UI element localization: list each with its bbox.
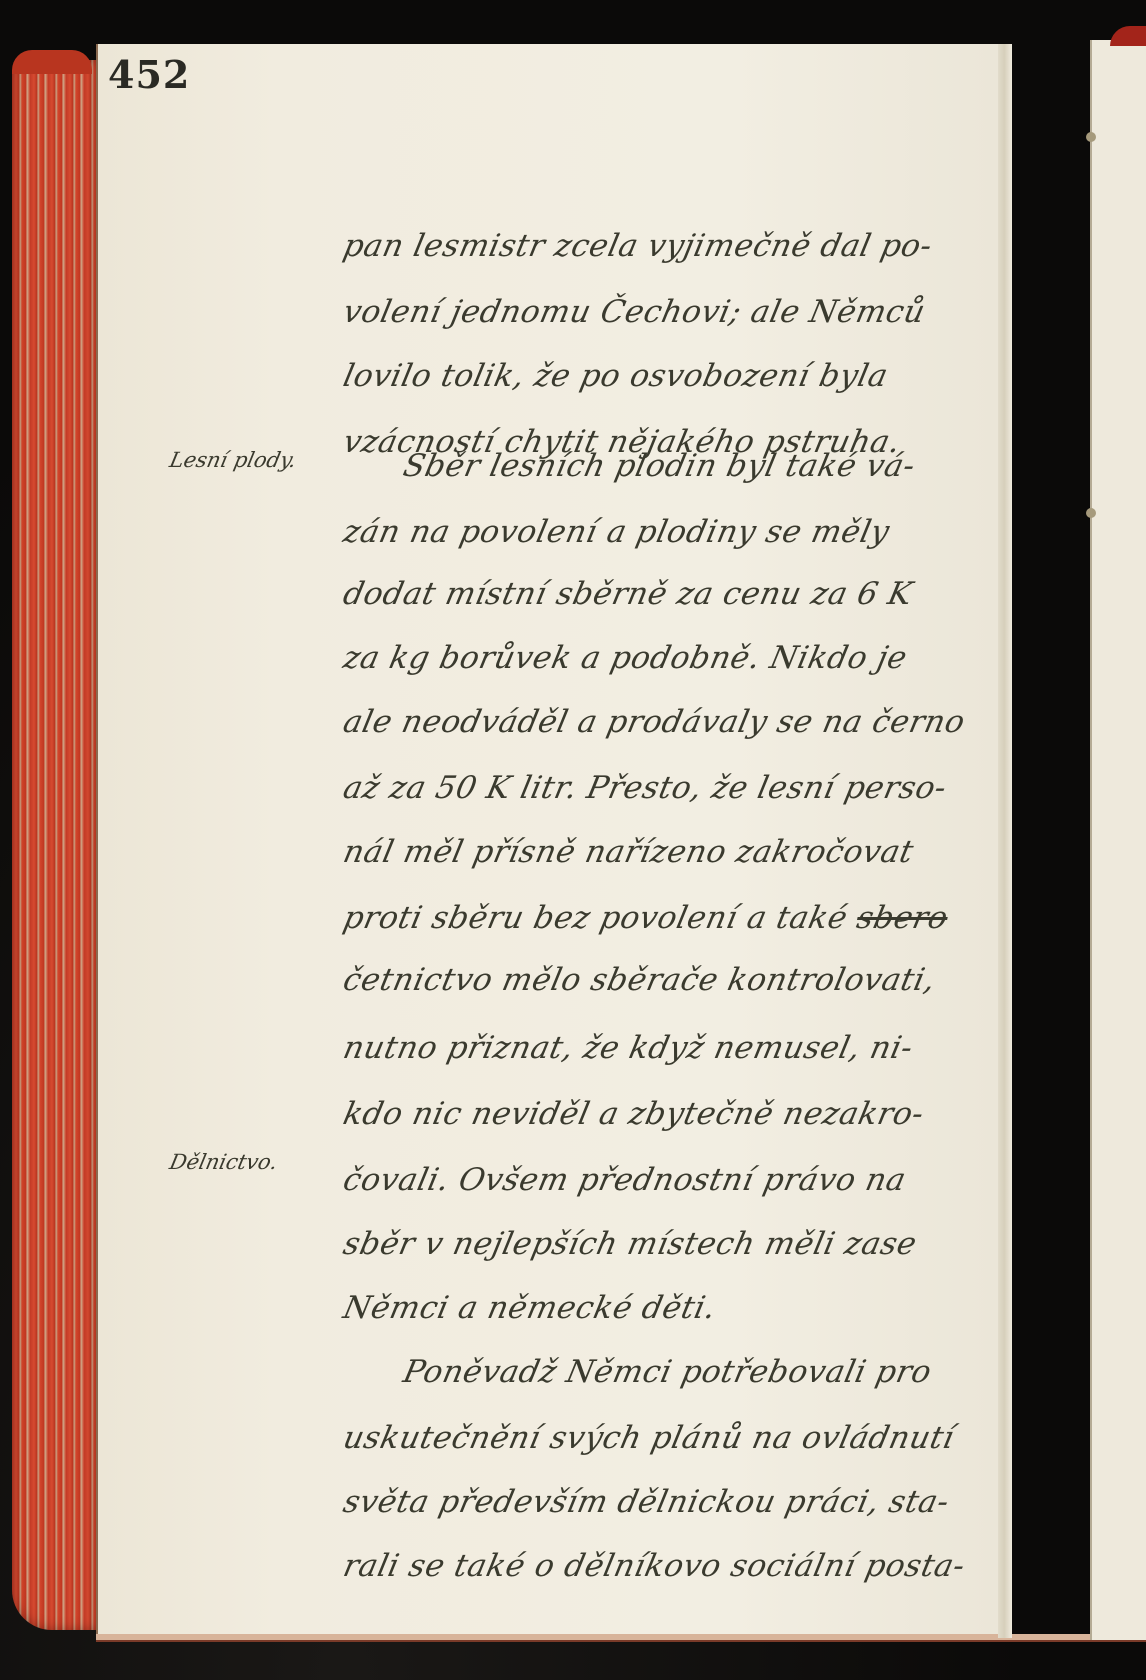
page-number: 452: [108, 52, 190, 97]
thread-knot-icon: [1086, 508, 1096, 518]
struck-word: sbero: [854, 900, 952, 936]
text-line: dodat místní sběrně za cenu za 6 K: [340, 576, 916, 612]
margin-heading: Dělnictvo.: [167, 1150, 279, 1174]
page-bottom-edge: [96, 1634, 1146, 1642]
sewing-thread: [1090, 40, 1092, 1640]
next-page-edge: [1092, 40, 1146, 1640]
red-page-edges: [12, 60, 98, 1630]
text-line: čovali. Ovšem přednostní právo na: [340, 1162, 909, 1198]
text-line: rali se také o dělníkovo sociální posta-: [340, 1548, 968, 1584]
text-line: uskutečnění svých plánů na ovládnutí: [340, 1420, 958, 1456]
text-line: kdo nic neviděl a zbytečně nezakro-: [340, 1096, 927, 1132]
text-line: za kg borůvek a podobně. Nikdo je: [340, 640, 910, 676]
text-line: nutno přiznat, že když nemusel, ni-: [340, 1030, 916, 1066]
margin-heading: Lesní plody.: [167, 448, 298, 472]
text-line: světa především dělnickou práci, sta-: [340, 1484, 953, 1520]
thread-knot-icon: [1086, 132, 1096, 142]
text-line: sběr v nejlepších místech měli zase: [340, 1226, 920, 1262]
text-line: zán na povolení a plodiny se měly: [340, 514, 893, 550]
text-segment: proti sběru bez povolení a také: [340, 900, 861, 936]
text-line: ale neodváděl a prodávaly se na černo: [340, 704, 968, 740]
text-line: volení jednomu Čechovi; ale Němců: [340, 294, 929, 330]
text-line: až za 50 K litr. Přesto, že lesní perso-: [340, 770, 950, 806]
text-line: nál měl přísně nařízeno zakročovat: [340, 834, 917, 870]
text-line: lovilo tolik, že po osvobození byla: [340, 358, 891, 394]
text-line: Sběr lesních plodin byl také vá-: [400, 448, 919, 484]
text-line: Poněvadž Němci potřebovali pro: [400, 1354, 935, 1390]
page-gutter: [998, 44, 1012, 1638]
text-line: četnictvo mělo sběrače kontrolovati,: [340, 962, 939, 998]
text-line: pan lesmistr zcela vyjimečně dal po-: [340, 228, 936, 264]
text-line: Němci a německé děti.: [340, 1290, 719, 1326]
text-line: proti sběru bez povolení a také sbero: [340, 900, 951, 936]
